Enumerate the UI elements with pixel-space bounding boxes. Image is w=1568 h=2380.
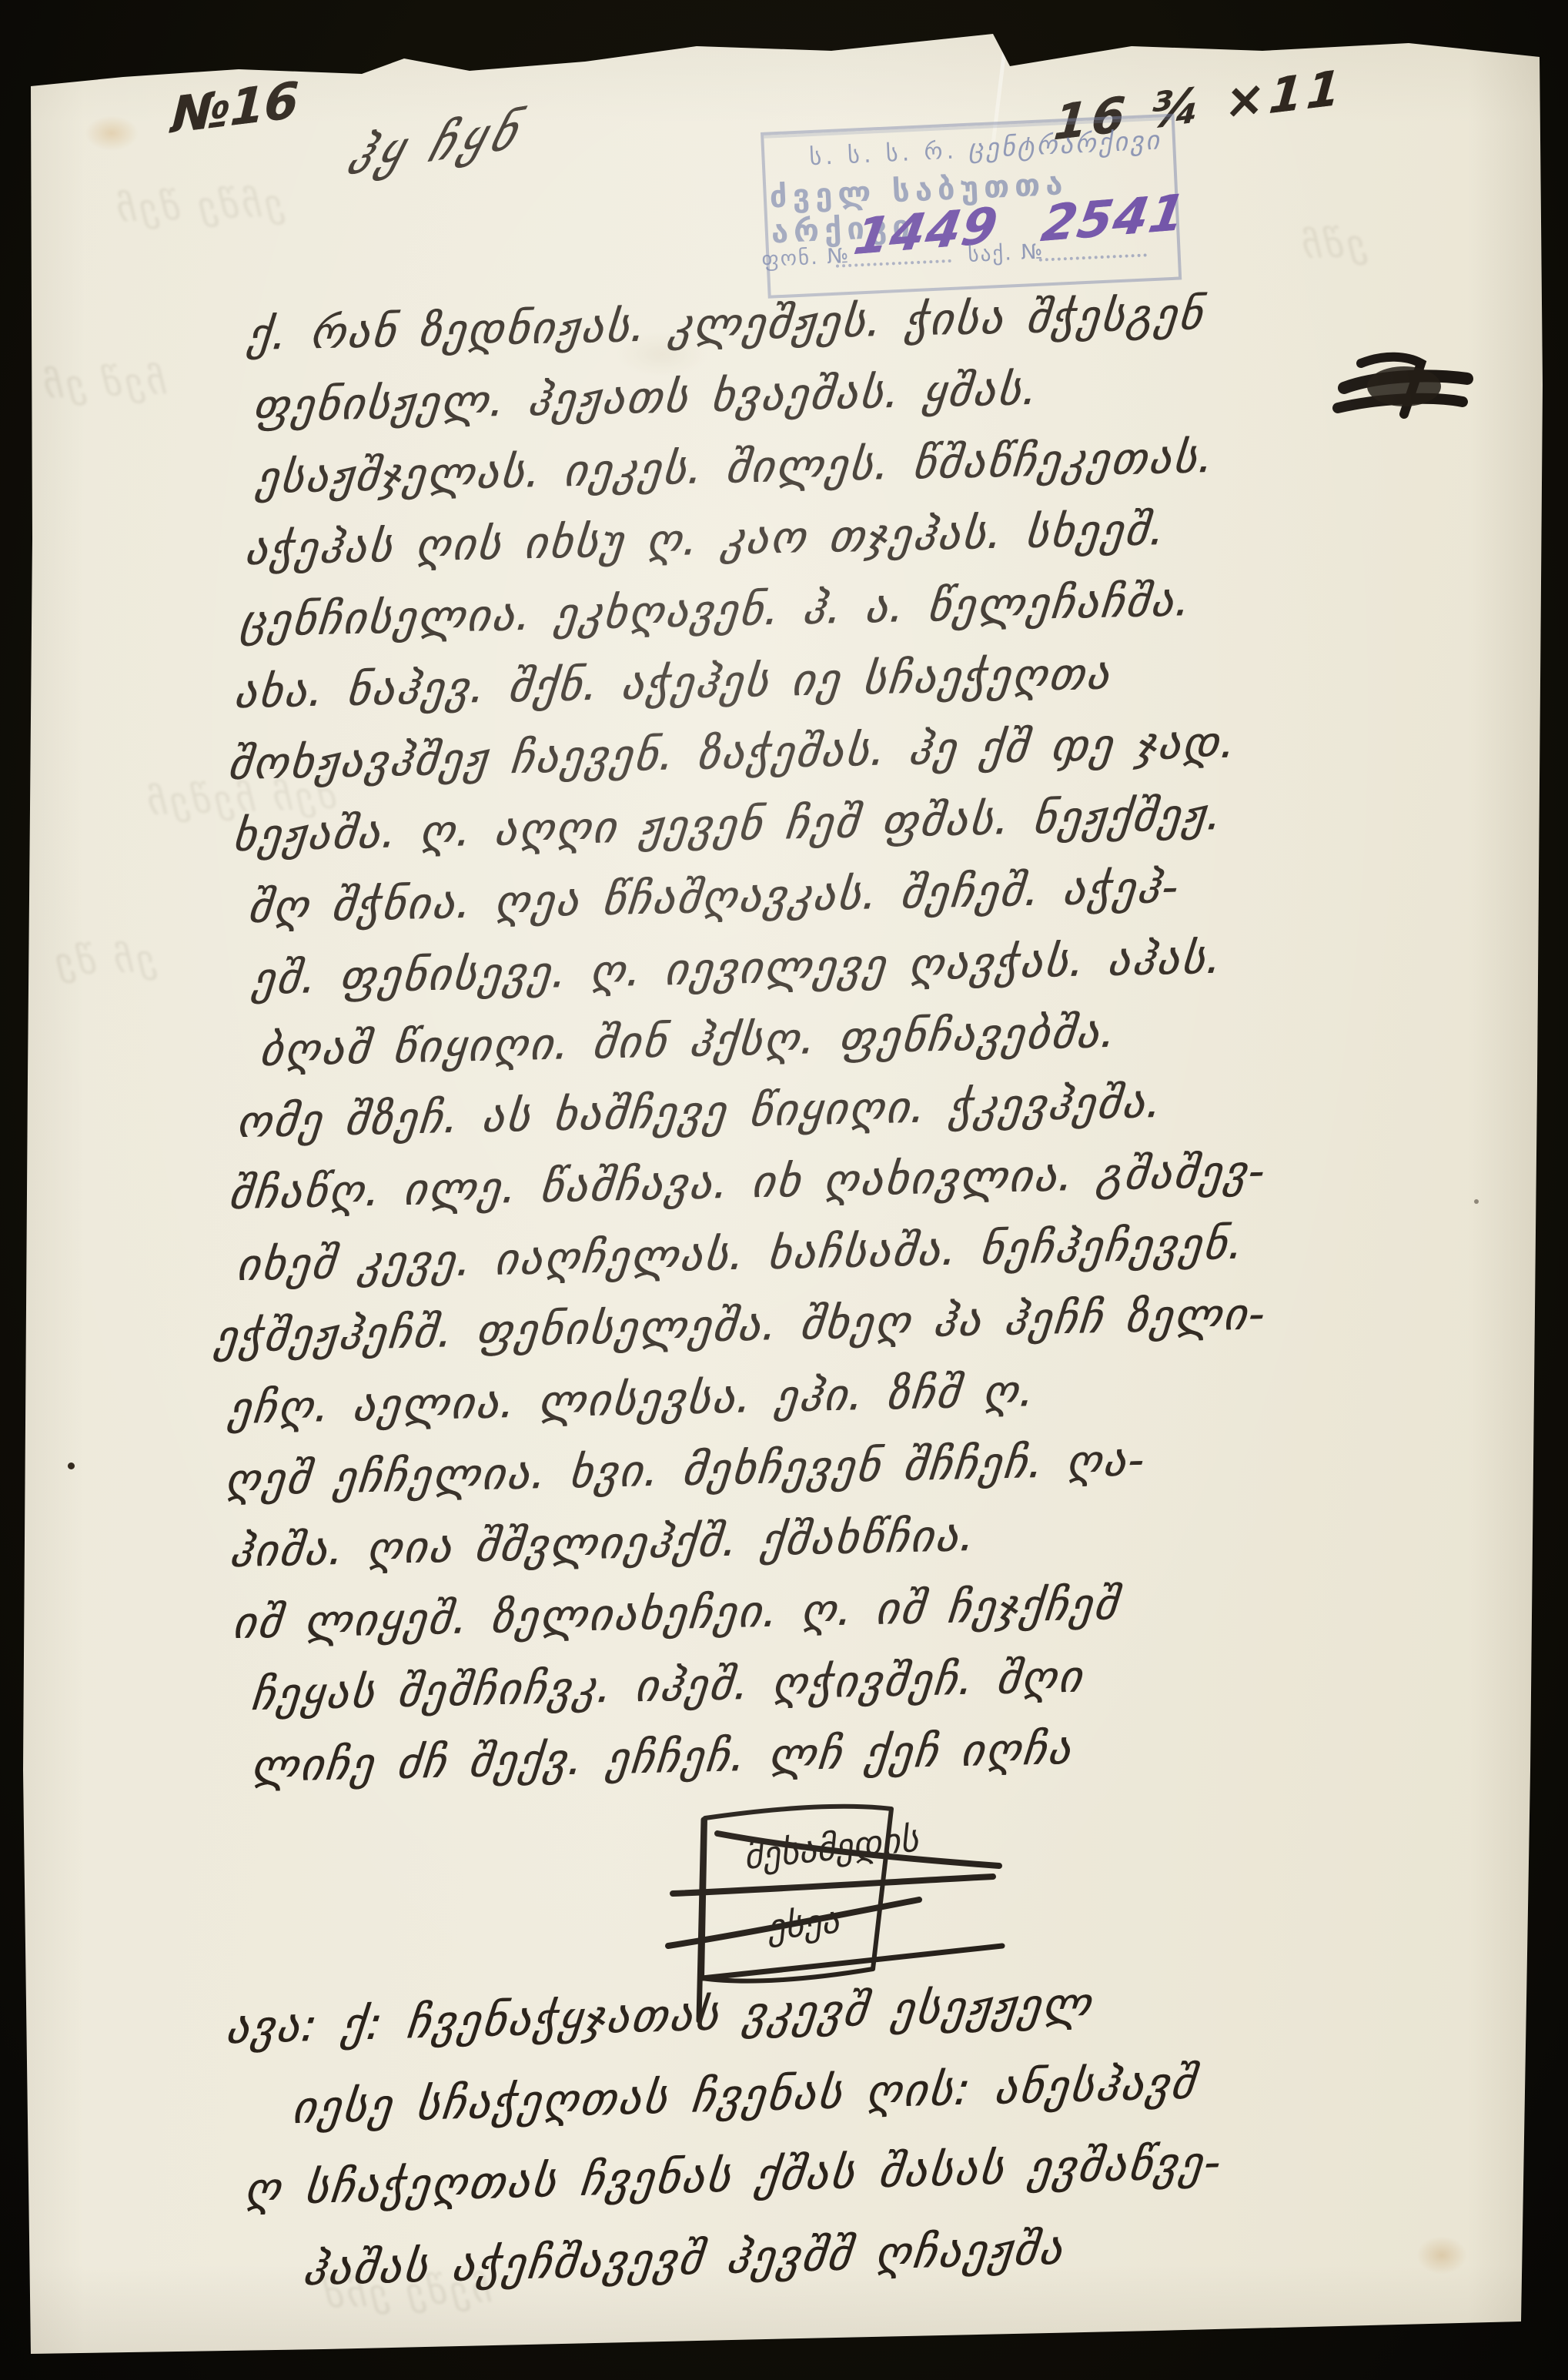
bleedthrough-mark: ეჩშე შეჩ: [115, 182, 286, 231]
manuscript-line: ომე შზეჩ. ას ხაშჩევე წიყიღი. ჭკევჰეშა.: [234, 1077, 1165, 1148]
manuscript-line: ეჩღ. აელია. ლისევსა. ეჰი. ზჩშ ღ.: [226, 1365, 1038, 1434]
manuscript-line: ჩეყას შეშჩიჩვკ. იჰეშ. ღჭივშეჩ. შღი: [249, 1651, 1086, 1720]
ink-blot-scribble: [1330, 340, 1484, 440]
manuscript-line: ჰიშა. ღია შშვლიეჰქშ. ქშახწჩია.: [227, 1510, 979, 1577]
ink-dot: [1474, 1199, 1479, 1204]
manuscript-line: ეჭშეჟჰეჩშ. ფენისელეშა. შხეღ ჰა ჰეჩჩ ზელი…: [212, 1289, 1269, 1362]
manuscript-line: ქ. რან ზედნიჟას. კლეშჟეს. ჭისა შჭესგენ: [245, 289, 1206, 360]
ink-dot: [68, 1462, 75, 1469]
stamp-org-title: ცენტრარქივი: [968, 125, 1162, 164]
manuscript-line: იშ ლიყეშ. ზელიახეჩეი. ღ. იშ ჩეჯქჩეშ: [230, 1579, 1122, 1649]
manuscript-line: ესაჟშჯელას. იეკეს. შილეს. წშაწჩეკეთას.: [253, 432, 1217, 503]
manuscript-line: ახა. ნაჰევ. შქნ. აჭეჰეს იე სჩაეჭეღთა: [232, 648, 1113, 718]
manuscript-line: ხეჟაშა. ღ. აღღი ჟევენ ჩეშ ფშას. ნეჟქშეჟ.: [230, 789, 1225, 861]
manuscript-line: ღეშ ეჩჩელია. ხვი. მეხჩევენ შჩჩეჩ. ღა-: [222, 1435, 1148, 1506]
closing-line: ღ სჩაჭეღთას ჩვენას ქშას შასას ევშაწვე-: [242, 2136, 1225, 2216]
document-number: №16: [170, 72, 300, 145]
closing-line: ჰაშას აჭეჩშავევშ ჰევშშ ღჩაეჟშა: [300, 2221, 1067, 2295]
bleedthrough-mark: ჩეშ ეჩ: [42, 359, 169, 407]
manuscript-line: ბღაშ წიყიღი. შინ ჰქსღ. ფენჩავებშა.: [257, 1007, 1119, 1076]
closing-line: ავა: ქ: ჩვენაჭყჯათას ვკევშ ესეჟჟელ: [223, 1977, 1095, 2054]
top-annotation: ჰყ ჩყნ: [340, 100, 532, 187]
manuscript-line: ცენჩისელია. ეკხღავენ. ჰ. ა. წელეჩაჩშა.: [238, 575, 1194, 647]
scanned-manuscript-page: ეჩშე შეჩ ჩეშ ეჩ შეჩ ჩეშეჩ ეჩ შე ჩეშე ეჩშ…: [0, 0, 1568, 2380]
stain: [1416, 2236, 1467, 2275]
manuscript-line: შოხჟავჰშეჟ ჩაევენ. ზაჭეშას. ჰე ქშ ჶე ჯად…: [226, 717, 1239, 790]
manuscript-line: ეშ. ფენისევე. ღ. იევილევე ღავჭას. აჰას.: [249, 932, 1225, 1004]
stamp-dotted-line: [1039, 253, 1147, 261]
manuscript-line: იხეშ კევე. იაღჩელას. ხაჩსაშა. ნეჩჰეჩევენ…: [234, 1218, 1247, 1291]
bleedthrough-mark: ეშჩ: [1300, 222, 1368, 268]
manuscript-line: ლიჩე ძჩ შექვ. ეჩჩეჩ. ლჩ ქეჩ იღჩა: [249, 1723, 1075, 1792]
manuscript-line: ფენისჟელ. ჰეჟათს ხვაეშას. ყშას.: [250, 364, 1041, 432]
bleedthrough-mark: ეჩ შე: [53, 938, 158, 984]
closing-line: იესე სჩაჭეღთას ჩვენას ღის: ანესჰავშ: [289, 2056, 1199, 2134]
archive-stamp: ს. ს. ს. რ.ცენტრარქივი ძველ საბუთთა არქი…: [761, 114, 1182, 299]
manuscript-line: შღ შჭნია. ღეა წჩაშღავკას. შეჩეშ. აჭეჰ-: [246, 862, 1182, 934]
stamp-org-abbrev: ს. ს. ს. რ.: [809, 137, 958, 171]
manuscript-line: შჩაწღ. ილე. წაშჩავა. იხ ღახივლია. გშაშევ…: [226, 1146, 1269, 1220]
stain: [85, 115, 139, 151]
manuscript-line: აჭეჰას ღის იხსუ ღ. კაო თჯეჰას. სხეეშ.: [242, 504, 1168, 575]
stamp-case-label: საქ. №: [968, 239, 1045, 266]
stamp-case-number: 2541: [1038, 184, 1190, 253]
paper-sheet: ეჩშე შეჩ ჩეშ ეჩ შეჩ ჩეშეჩ ეჩ შე ჩეშე ეჩშ…: [0, 0, 1568, 2380]
